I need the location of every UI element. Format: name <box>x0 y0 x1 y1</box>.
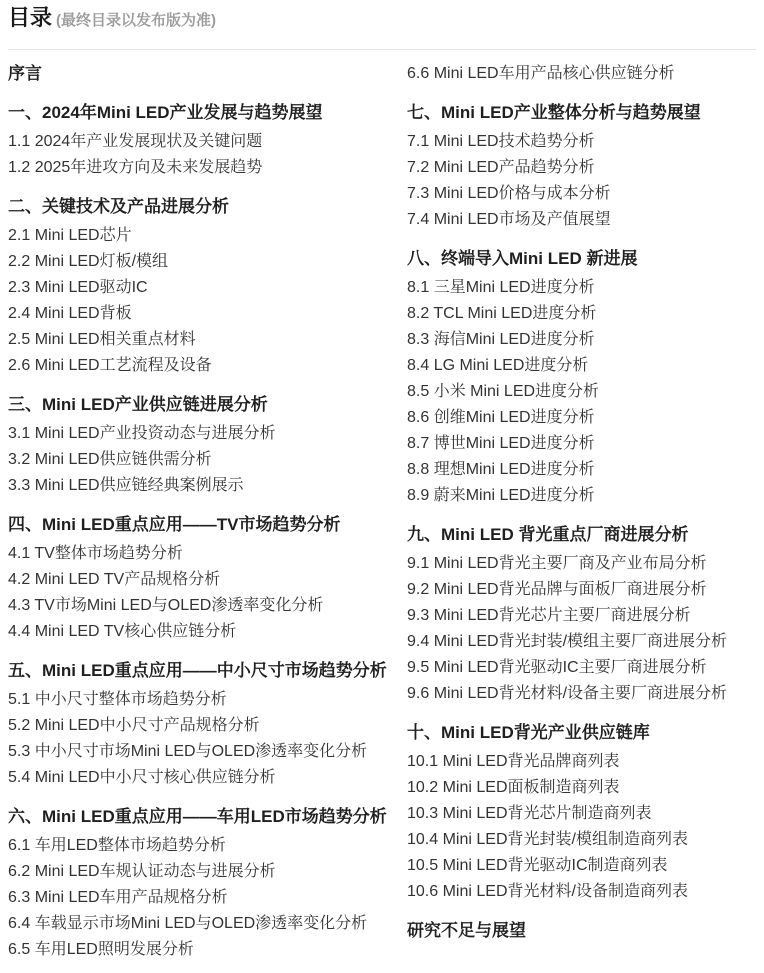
toc-item: 5.4 Mini LED中小尺寸核心供应链分析 <box>8 765 407 791</box>
toc-item: 7.1 Mini LED技术趋势分析 <box>407 129 756 155</box>
toc-item: 6.4 车载显示市场Mini LED与OLED渗透率变化分析 <box>8 911 407 937</box>
toc-column-right: 6.6 Mini LED车用产品核心供应链分析七、Mini LED产业整体分析与… <box>407 61 756 963</box>
toc-item: 8.6 创维Mini LED进度分析 <box>407 405 756 431</box>
toc-section: 六、Mini LED重点应用——车用LED市场趋势分析6.1 车用LED整体市场… <box>8 804 407 963</box>
toc-item: 5.1 中小尺寸整体市场趋势分析 <box>8 687 407 713</box>
toc-item: 9.4 Mini LED背光封装/模组主要厂商进展分析 <box>407 629 756 655</box>
toc-item: 10.6 Mini LED背光材料/设备制造商列表 <box>407 879 756 905</box>
toc-item: 4.1 TV整体市场趋势分析 <box>8 541 407 567</box>
toc-item: 8.4 LG Mini LED进度分析 <box>407 353 756 379</box>
section-heading: 三、Mini LED产业供应链进展分析 <box>8 392 407 418</box>
section-heading: 四、Mini LED重点应用——TV市场趋势分析 <box>8 512 407 538</box>
toc-section: 九、Mini LED 背光重点厂商进展分析9.1 Mini LED背光主要厂商及… <box>407 522 756 707</box>
toc-item: 1.1 2024年产业发展现状及关键问题 <box>8 129 407 155</box>
toc-item: 2.1 Mini LED芯片 <box>8 223 407 249</box>
toc-item: 4.2 Mini LED TV产品规格分析 <box>8 567 407 593</box>
page-title: 目录(最终目录以发布版为准) <box>8 3 756 36</box>
toc-item: 8.8 理想Mini LED进度分析 <box>407 457 756 483</box>
toc-section: 三、Mini LED产业供应链进展分析3.1 Mini LED产业投资动态与进展… <box>8 392 407 499</box>
toc-item: 7.4 Mini LED市场及产值展望 <box>407 207 756 233</box>
page-title-text: 目录 <box>8 5 52 30</box>
toc-section: 一、2024年Mini LED产业发展与趋势展望1.1 2024年产业发展现状及… <box>8 100 407 181</box>
toc-item: 4.4 Mini LED TV核心供应链分析 <box>8 619 407 645</box>
toc-item: 7.3 Mini LED价格与成本分析 <box>407 181 756 207</box>
section-heading: 七、Mini LED产业整体分析与趋势展望 <box>407 100 756 126</box>
toc-section: 七、Mini LED产业整体分析与趋势展望7.1 Mini LED技术趋势分析7… <box>407 100 756 233</box>
toc-item: 2.6 Mini LED工艺流程及设备 <box>8 353 407 379</box>
toc-item: 3.3 Mini LED供应链经典案例展示 <box>8 473 407 499</box>
toc-section: 二、关键技术及产品进展分析2.1 Mini LED芯片2.2 Mini LED灯… <box>8 194 407 379</box>
toc-item: 6.5 车用LED照明发展分析 <box>8 937 407 963</box>
toc-item: 10.4 Mini LED背光封装/模组制造商列表 <box>407 827 756 853</box>
toc-item: 3.1 Mini LED产业投资动态与进展分析 <box>8 421 407 447</box>
section-heading: 序言 <box>8 61 407 87</box>
toc-item: 8.2 TCL Mini LED进度分析 <box>407 301 756 327</box>
toc-item: 8.7 博世Mini LED进度分析 <box>407 431 756 457</box>
toc-item: 2.4 Mini LED背板 <box>8 301 407 327</box>
toc-item: 4.3 TV市场Mini LED与OLED渗透率变化分析 <box>8 593 407 619</box>
toc-item: 3.2 Mini LED供应链供需分析 <box>8 447 407 473</box>
toc-section: 五、Mini LED重点应用——中小尺寸市场趋势分析5.1 中小尺寸整体市场趋势… <box>8 658 407 791</box>
toc-column-left: 序言一、2024年Mini LED产业发展与趋势展望1.1 2024年产业发展现… <box>8 61 407 963</box>
section-heading: 九、Mini LED 背光重点厂商进展分析 <box>407 522 756 548</box>
toc-columns: 序言一、2024年Mini LED产业发展与趋势展望1.1 2024年产业发展现… <box>8 61 756 963</box>
toc-item: 5.2 Mini LED中小尺寸产品规格分析 <box>8 713 407 739</box>
section-heading: 研究不足与展望 <box>407 918 756 944</box>
toc-section: 八、终端导入Mini LED 新进展8.1 三星Mini LED进度分析8.2 … <box>407 246 756 509</box>
toc-section: 十、Mini LED背光产业供应链库10.1 Mini LED背光品牌商列表10… <box>407 720 756 905</box>
toc-item: 2.2 Mini LED灯板/模组 <box>8 249 407 275</box>
toc-section: 四、Mini LED重点应用——TV市场趋势分析4.1 TV整体市场趋势分析4.… <box>8 512 407 645</box>
toc-item: 1.2 2025年进攻方向及未来发展趋势 <box>8 155 407 181</box>
page-title-note: (最终目录以发布版为准) <box>56 12 216 29</box>
toc-item: 10.2 Mini LED面板制造商列表 <box>407 775 756 801</box>
toc-item: 6.3 Mini LED车用产品规格分析 <box>8 885 407 911</box>
toc-item: 6.2 Mini LED车规认证动态与进展分析 <box>8 859 407 885</box>
toc-item: 6.1 车用LED整体市场趋势分析 <box>8 833 407 859</box>
toc-section: 研究不足与展望 <box>407 918 756 944</box>
section-heading: 十、Mini LED背光产业供应链库 <box>407 720 756 746</box>
toc-item: 9.2 Mini LED背光品牌与面板厂商进展分析 <box>407 577 756 603</box>
section-heading: 一、2024年Mini LED产业发展与趋势展望 <box>8 100 407 126</box>
toc-item: 8.5 小米 Mini LED进度分析 <box>407 379 756 405</box>
toc-page: 目录(最终目录以发布版为准) 序言一、2024年Mini LED产业发展与趋势展… <box>0 0 764 973</box>
toc-item: 6.6 Mini LED车用产品核心供应链分析 <box>407 61 756 87</box>
toc-item: 8.3 海信Mini LED进度分析 <box>407 327 756 353</box>
toc-item: 10.5 Mini LED背光驱动IC制造商列表 <box>407 853 756 879</box>
toc-item: 2.3 Mini LED驱动IC <box>8 275 407 301</box>
section-heading: 二、关键技术及产品进展分析 <box>8 194 407 220</box>
toc-item: 7.2 Mini LED产品趋势分析 <box>407 155 756 181</box>
toc-item: 8.9 蔚来Mini LED进度分析 <box>407 483 756 509</box>
toc-item: 9.1 Mini LED背光主要厂商及产业布局分析 <box>407 551 756 577</box>
section-heading: 六、Mini LED重点应用——车用LED市场趋势分析 <box>8 804 407 830</box>
toc-section: 6.6 Mini LED车用产品核心供应链分析 <box>407 61 756 87</box>
toc-section: 序言 <box>8 61 407 87</box>
toc-item: 10.3 Mini LED背光芯片制造商列表 <box>407 801 756 827</box>
toc-item: 2.5 Mini LED相关重点材料 <box>8 327 407 353</box>
section-heading: 五、Mini LED重点应用——中小尺寸市场趋势分析 <box>8 658 407 684</box>
toc-item: 9.5 Mini LED背光驱动IC主要厂商进展分析 <box>407 655 756 681</box>
page-header: 目录(最终目录以发布版为准) <box>8 0 756 36</box>
section-heading: 八、终端导入Mini LED 新进展 <box>407 246 756 272</box>
toc-item: 8.1 三星Mini LED进度分析 <box>407 275 756 301</box>
toc-item: 10.1 Mini LED背光品牌商列表 <box>407 749 756 775</box>
toc-item: 5.3 中小尺寸市场Mini LED与OLED渗透率变化分析 <box>8 739 407 765</box>
toc-item: 9.6 Mini LED背光材料/设备主要厂商进展分析 <box>407 681 756 707</box>
toc-item: 9.3 Mini LED背光芯片主要厂商进展分析 <box>407 603 756 629</box>
header-divider <box>8 49 756 50</box>
